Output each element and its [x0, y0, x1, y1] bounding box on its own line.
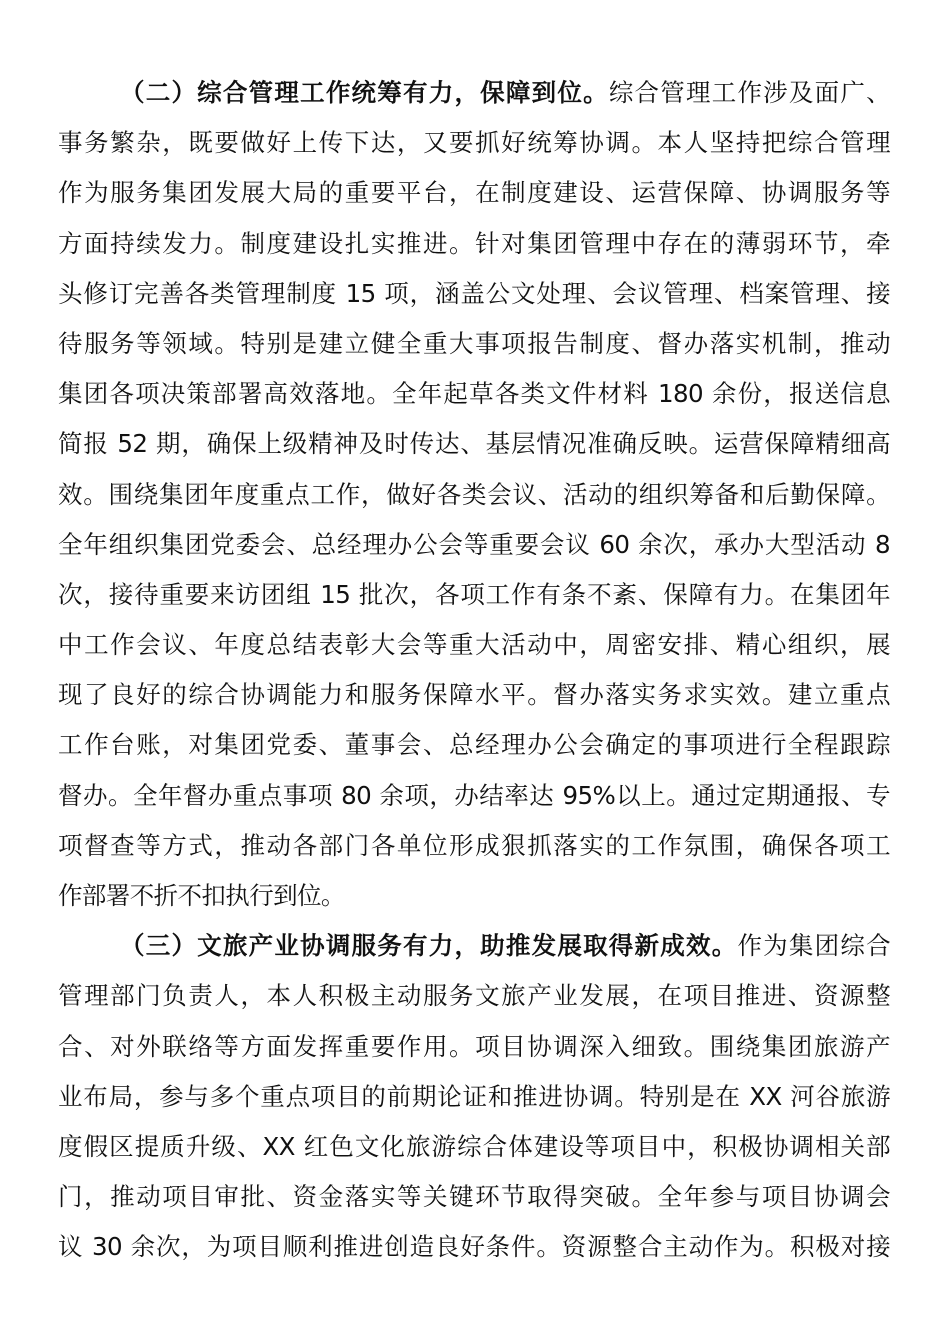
body-line: 效。围绕集团年度重点工作，做好各类会议、活动的组织筹备和后勤保障。: [58, 470, 890, 520]
body-line: 管理部门负责人，本人积极主动服务文旅产业发展，在项目推进、资源整: [58, 971, 890, 1021]
body-line: 门，推动项目审批、资金落实等关键环节取得突破。全年参与项目协调会: [58, 1172, 890, 1222]
section-heading: （二）综合管理工作统筹有力，保障到位。: [120, 78, 609, 107]
paragraph-first-line: （三）文旅产业协调服务有力，助推发展取得新成效。作为集团综合: [58, 921, 890, 971]
body-line: 督办。全年督办重点事项 80 余项，办结率达 95%以上。通过定期通报、专: [58, 771, 890, 821]
document-page: （二）综合管理工作统筹有力，保障到位。综合管理工作涉及面广、 事务繁杂，既要做好…: [58, 68, 890, 1273]
body-line: 中工作会议、年度总结表彰大会等重大活动中，周密安排、精心组织，展: [58, 620, 890, 670]
body-line: 简报 52 期，确保上级精神及时传达、基层情况准确反映。运营保障精细高: [58, 419, 890, 469]
body-line: 议 30 余次，为项目顺利推进创造良好条件。资源整合主动作为。积极对接: [58, 1222, 890, 1272]
body-line: 事务繁杂，既要做好上传下达，又要抓好统筹协调。本人坚持把综合管理: [58, 118, 890, 168]
body-line: 现了良好的综合协调能力和服务保障水平。督办落实务求实效。建立重点: [58, 670, 890, 720]
body-line: 头修订完善各类管理制度 15 项，涵盖公文处理、会议管理、档案管理、接: [58, 269, 890, 319]
body-line: 集团各项决策部署高效落地。全年起草各类文件材料 180 余份，报送信息: [58, 369, 890, 419]
body-line: 合、对外联络等方面发挥重要作用。项目协调深入细致。围绕集团旅游产: [58, 1022, 890, 1072]
body-text: 综合管理工作涉及面广、: [609, 78, 890, 107]
body-line: 度假区提质升级、XX 红色文化旅游综合体建设等项目中，积极协调相关部: [58, 1122, 890, 1172]
section-heading: （三）文旅产业协调服务有力，助推发展取得新成效。: [120, 931, 737, 960]
body-line: 业布局，参与多个重点项目的前期论证和推进协调。特别是在 XX 河谷旅游: [58, 1072, 890, 1122]
body-line: 次，接待重要来访团组 15 批次，各项工作有条不紊、保障有力。在集团年: [58, 570, 890, 620]
body-line: 工作台账，对集团党委、董事会、总经理办公会确定的事项进行全程跟踪: [58, 720, 890, 770]
body-line: 待服务等领域。特别是建立健全重大事项报告制度、督办落实机制，推动: [58, 319, 890, 369]
body-line: 作部署不折不扣执行到位。: [58, 871, 890, 921]
paragraph-first-line: （二）综合管理工作统筹有力，保障到位。综合管理工作涉及面广、: [58, 68, 890, 118]
body-text: 作为集团综合: [737, 931, 890, 960]
body-line: 方面持续发力。制度建设扎实推进。针对集团管理中存在的薄弱环节，牵: [58, 219, 890, 269]
body-line: 全年组织集团党委会、总经理办公会等重要会议 60 余次，承办大型活动 8: [58, 520, 890, 570]
paragraph-cultural-tourism: （三）文旅产业协调服务有力，助推发展取得新成效。作为集团综合 管理部门负责人，本…: [58, 921, 890, 1272]
paragraph-comprehensive-management: （二）综合管理工作统筹有力，保障到位。综合管理工作涉及面广、 事务繁杂，既要做好…: [58, 68, 890, 921]
body-line: 作为服务集团发展大局的重要平台，在制度建设、运营保障、协调服务等: [58, 168, 890, 218]
body-line: 项督查等方式，推动各部门各单位形成狠抓落实的工作氛围，确保各项工: [58, 821, 890, 871]
